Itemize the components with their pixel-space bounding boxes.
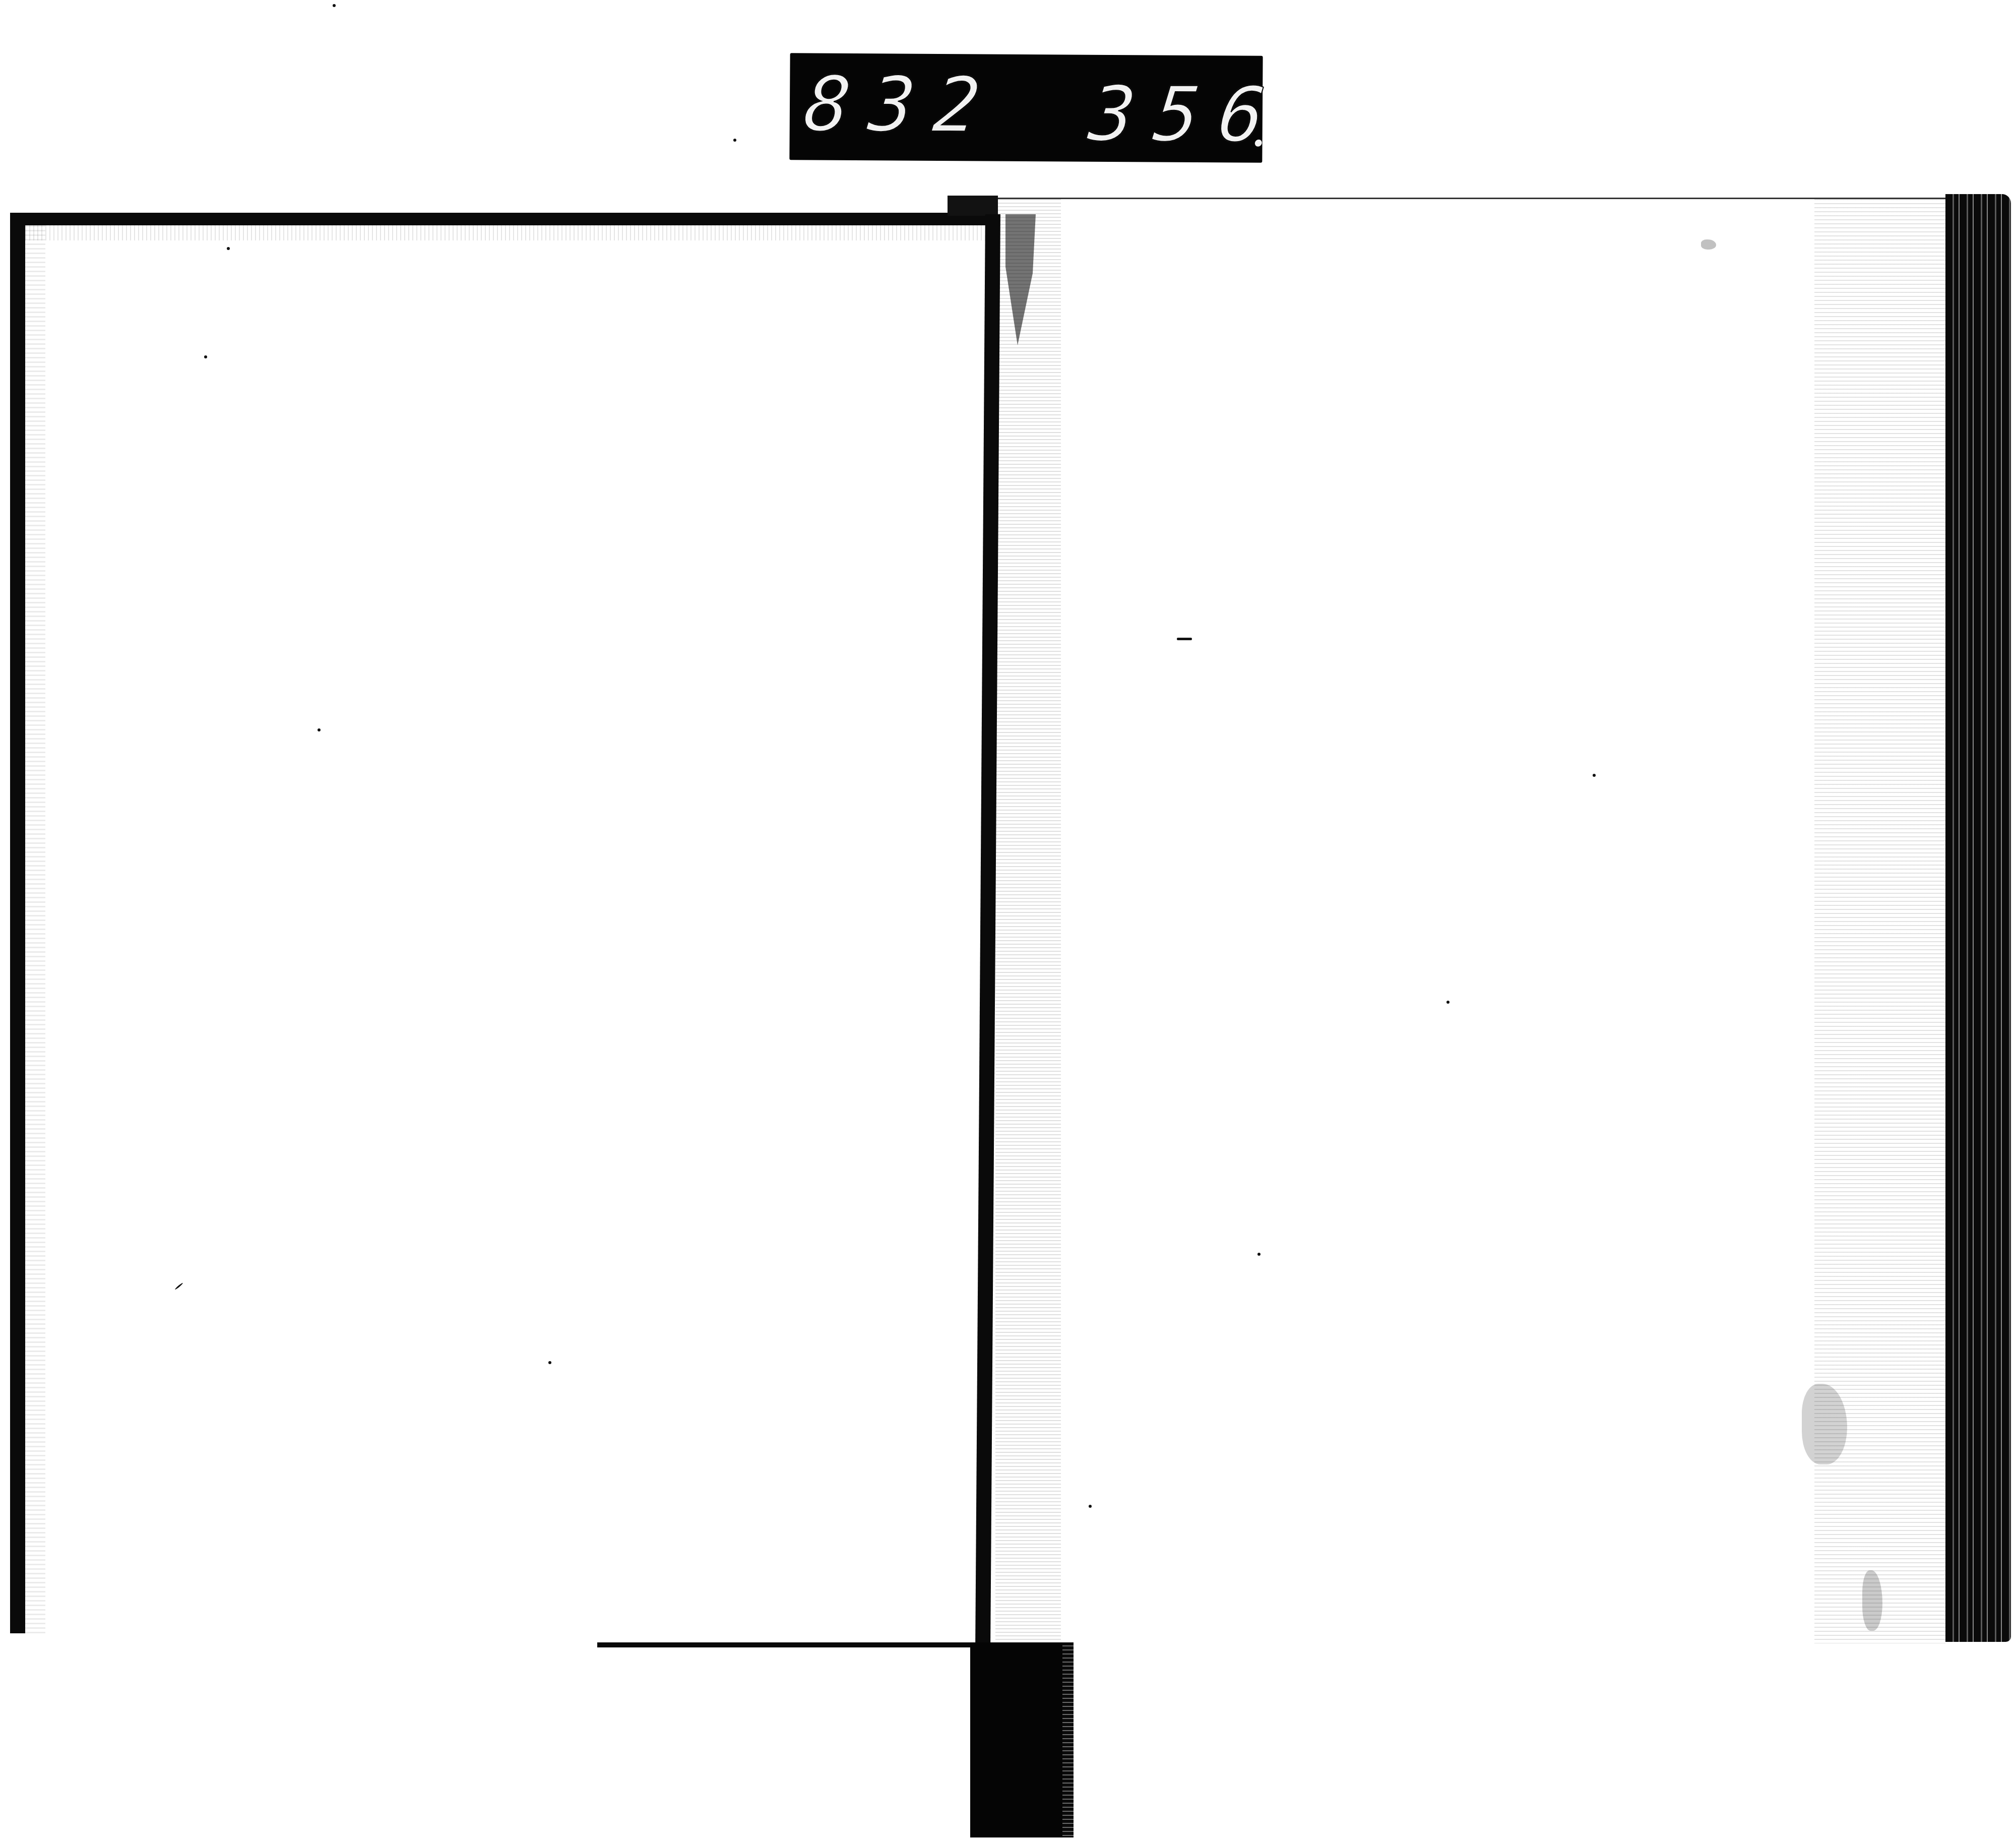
dust-speck [227, 247, 230, 250]
counter-decimal-point [1254, 140, 1263, 147]
left-page [10, 213, 990, 1633]
left-page-top-shading [25, 225, 990, 240]
dust-speck [1593, 774, 1596, 777]
gutter-shading [995, 199, 1061, 1643]
dust-speck [1446, 1001, 1450, 1004]
counter-right-group: 3 5 6 [1085, 74, 1258, 156]
left-page-edge-shading [25, 225, 45, 1633]
spine-block-edge [1062, 1642, 1074, 1837]
dust-speck [1177, 638, 1192, 640]
frame-counter: 8 3 2 3 5 6 [789, 53, 1263, 163]
counter-digit: 8 [801, 67, 845, 142]
spine-top [948, 196, 998, 216]
dust-speck [318, 728, 321, 731]
left-page-border-corner [10, 1611, 25, 1633]
dust-speck [1257, 1253, 1261, 1256]
dust-speck [333, 4, 336, 7]
page-stack-edge [1945, 194, 2011, 1642]
right-page [995, 198, 1945, 1643]
dust-speck [204, 355, 207, 358]
dust-speck [548, 1361, 551, 1364]
counter-digit: 3 [865, 67, 909, 143]
counter-digit: 2 [930, 68, 974, 143]
counter-digit: 6 [1215, 77, 1258, 153]
dust-speck [1089, 1505, 1092, 1508]
counter-left-group: 8 3 2 [800, 64, 974, 146]
counter-digit: 3 [1086, 77, 1129, 152]
paper-stain [1701, 239, 1716, 250]
counter-digit: 5 [1150, 77, 1194, 153]
left-page-bottom-edge [597, 1642, 1000, 1647]
spine-block [970, 1642, 1074, 1837]
dust-speck [733, 139, 736, 142]
